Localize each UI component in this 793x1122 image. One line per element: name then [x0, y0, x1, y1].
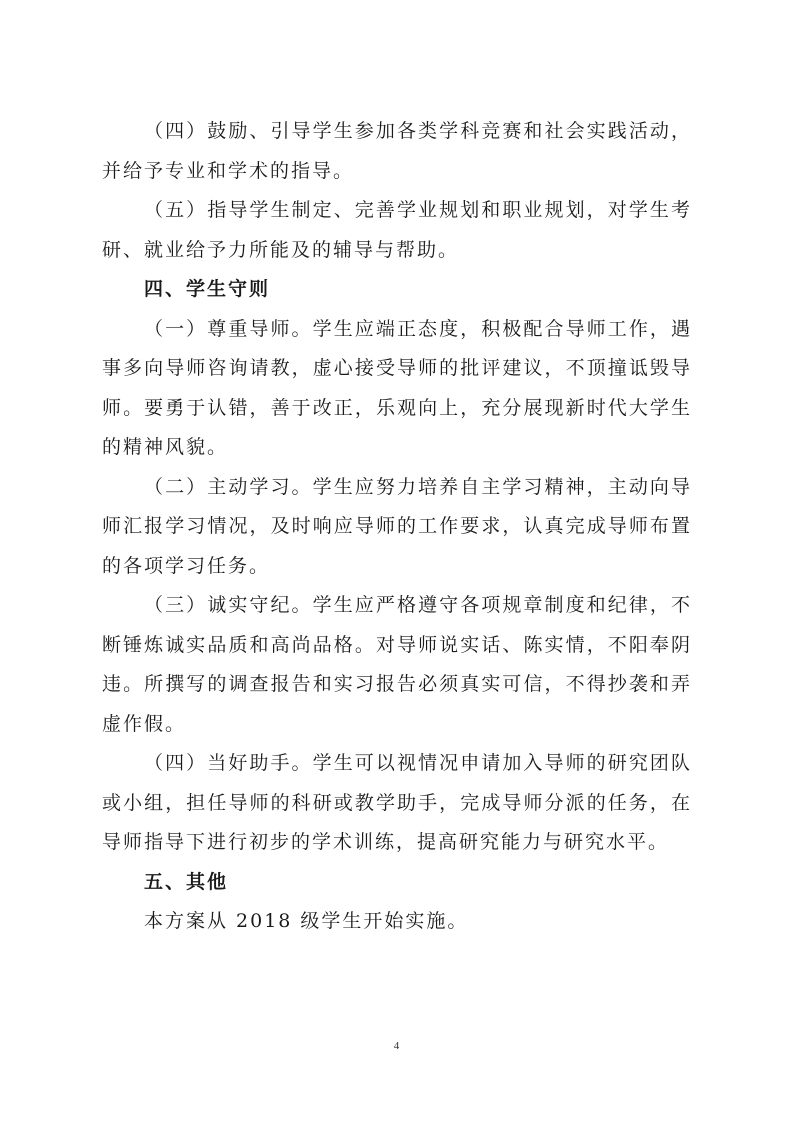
- paragraph-honesty-discipline: （三）诚实守纪。学生应严格遵守各项规章制度和纪律，不断锤炼诚实品质和高尚品格。对…: [102, 586, 692, 744]
- paragraph-guidance-career: （五）指导学生制定、完善学业规划和职业规划，对学生考研、就业给予力所能及的辅导与…: [102, 191, 692, 270]
- page-number: 4: [0, 1040, 793, 1052]
- document-page: （四）鼓励、引导学生参加各类学科竞赛和社会实践活动，并给予专业和学术的指导。 （…: [102, 112, 692, 942]
- paragraph-implementation: 本方案从 2018 级学生开始实施。: [102, 902, 692, 942]
- section-heading-student-rules: 四、学生守则: [102, 270, 692, 310]
- paragraph-guidance-competitions: （四）鼓励、引导学生参加各类学科竞赛和社会实践活动，并给予专业和学术的指导。: [102, 112, 692, 191]
- section-heading-other: 五、其他: [102, 863, 692, 903]
- paragraph-respect-mentor: （一）尊重导师。学生应端正态度，积极配合导师工作，遇事多向导师咨询请教，虚心接受…: [102, 310, 692, 468]
- paragraph-active-learning: （二）主动学习。学生应努力培养自主学习精神，主动向导师汇报学习情况，及时响应导师…: [102, 468, 692, 587]
- paragraph-good-assistant: （四）当好助手。学生可以视情况申请加入导师的研究团队或小组，担任导师的科研或教学…: [102, 744, 692, 863]
